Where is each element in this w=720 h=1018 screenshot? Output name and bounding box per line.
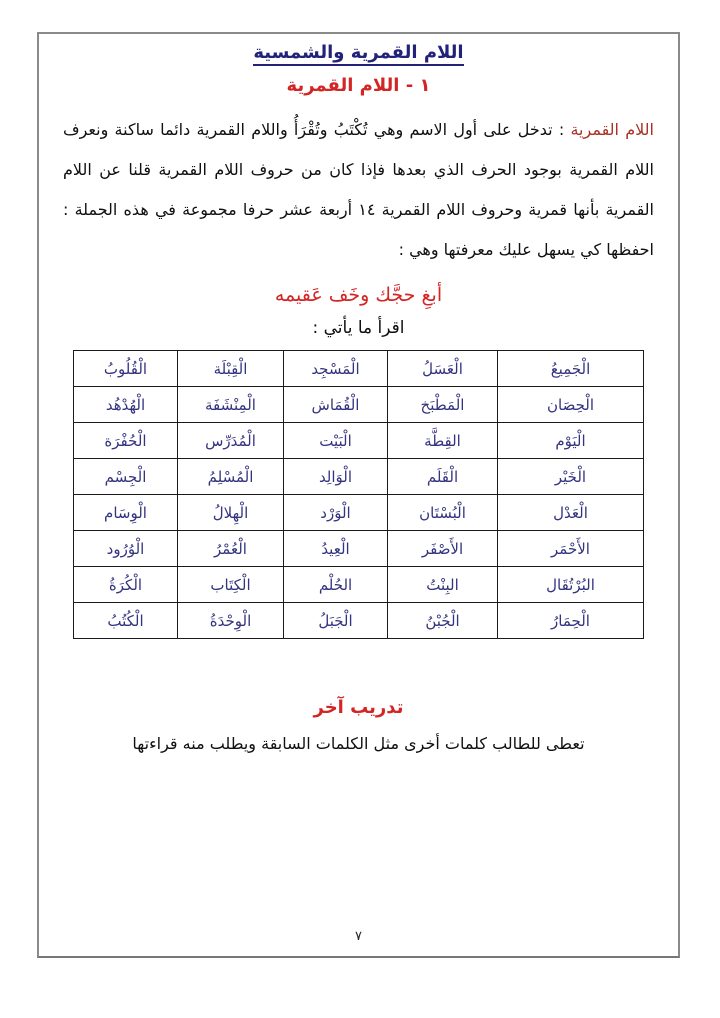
exercise-heading: تدريب آخر	[39, 697, 678, 718]
exercise-text: تعطى للطالب كلمات أخرى مثل الكلمات الساب…	[39, 734, 678, 753]
page-number: ٧	[39, 929, 678, 944]
table-row: الْعَدْلالْبُسْتَانالْوَرْدالْهِلالُالْو…	[74, 495, 644, 531]
table-cell-word: البُرْتُقَال	[498, 567, 644, 603]
table-cell-word: الْحِمَارُ	[498, 603, 644, 639]
table-cell-word: الْجُبْنُ	[388, 603, 498, 639]
page-title-text: اللام القمرية والشمسية	[253, 42, 463, 66]
words-table-body: الْجَمِيعُالْعَسَلُالْمَسْجِدالْقِبْلَةا…	[74, 351, 644, 639]
table-cell-word: الْعِيدُ	[284, 531, 388, 567]
lunar-lam-words-table: الْجَمِيعُالْعَسَلُالْمَسْجِدالْقِبْلَةا…	[73, 350, 644, 639]
table-cell-word: الْوِسَام	[74, 495, 178, 531]
table-row: الْخَيْرالْقَلَمالْوَالِدالْمُسْلِمُالْج…	[74, 459, 644, 495]
section-subtitle: ١ - اللام القمرية	[39, 75, 678, 96]
table-cell-word: الْخَيْر	[498, 459, 644, 495]
table-cell-word: الْقُلُوبُ	[74, 351, 178, 387]
table-cell-word: الْمُسْلِمُ	[178, 459, 284, 495]
mnemonic-sentence: أبغِ حجَّك وخَف عَقيمه	[39, 284, 678, 306]
table-cell-word: الْعَسَلُ	[388, 351, 498, 387]
table-row: البُرْتُقَالالبِنْتُالحُلْمالْكِتَابالْك…	[74, 567, 644, 603]
table-cell-word: الْجَبَلُ	[284, 603, 388, 639]
table-cell-word: الْكِتَاب	[178, 567, 284, 603]
table-cell-word: الْقَلَم	[388, 459, 498, 495]
table-cell-word: الأَحْمَر	[498, 531, 644, 567]
intro-body-text: : تدخل على أول الاسم وهي تُكْتَبُ وتُقْر…	[63, 120, 654, 259]
table-cell-word: الحُلْم	[284, 567, 388, 603]
table-cell-word: الْمُدَرِّس	[178, 423, 284, 459]
document-page: { "page": { "title": "اللام القمرية والش…	[0, 0, 720, 1018]
page-border-frame: اللام القمرية والشمسية ١ - اللام القمرية…	[37, 32, 680, 958]
table-cell-word: الْمِنْشَفَة	[178, 387, 284, 423]
table-cell-word: الْوِحْدَةُ	[178, 603, 284, 639]
table-cell-word: الْوَرْد	[284, 495, 388, 531]
table-cell-word: الْعَدْل	[498, 495, 644, 531]
table-cell-word: الْقِبْلَة	[178, 351, 284, 387]
table-cell-word: الْيَوْم	[498, 423, 644, 459]
intro-lead-term: اللام القمرية	[570, 120, 654, 139]
table-cell-word: الْمَطْبَخ	[388, 387, 498, 423]
page-title: اللام القمرية والشمسية	[39, 42, 678, 66]
table-cell-word: الْقُمَاش	[284, 387, 388, 423]
table-cell-word: الْبُسْتَان	[388, 495, 498, 531]
table-cell-word: الأَصْفَر	[388, 531, 498, 567]
table-row: الْجَمِيعُالْعَسَلُالْمَسْجِدالْقِبْلَةا…	[74, 351, 644, 387]
intro-paragraph: اللام القمرية : تدخل على أول الاسم وهي ت…	[63, 110, 654, 270]
table-cell-word: الْبَيْت	[284, 423, 388, 459]
table-row: الْحِصَانالْمَطْبَخالْقُمَاشالْمِنْشَفَة…	[74, 387, 644, 423]
table-cell-word: الْحُفْرَة	[74, 423, 178, 459]
table-cell-word: الْهِلالُ	[178, 495, 284, 531]
table-cell-word: الْكُرَةُ	[74, 567, 178, 603]
table-cell-word: القِطَّة	[388, 423, 498, 459]
table-cell-word: الْوَالِد	[284, 459, 388, 495]
table-cell-word: الْعُمْرُ	[178, 531, 284, 567]
table-cell-word: الْحِصَان	[498, 387, 644, 423]
table-cell-word: الْوُرُود	[74, 531, 178, 567]
table-cell-word: الْجِسْم	[74, 459, 178, 495]
read-prompt: اقرأ ما يأتي :	[39, 318, 678, 338]
table-row: الْحِمَارُالْجُبْنُالْجَبَلُالْوِحْدَةُا…	[74, 603, 644, 639]
table-cell-word: الْكُتُبُ	[74, 603, 178, 639]
table-cell-word: الْجَمِيعُ	[498, 351, 644, 387]
table-cell-word: الْهُدْهُد	[74, 387, 178, 423]
table-cell-word: البِنْتُ	[388, 567, 498, 603]
table-cell-word: الْمَسْجِد	[284, 351, 388, 387]
table-row: الْيَوْمالقِطَّةالْبَيْتالْمُدَرِّسالْحُ…	[74, 423, 644, 459]
table-row: الأَحْمَرالأَصْفَرالْعِيدُالْعُمْرُالْوُ…	[74, 531, 644, 567]
